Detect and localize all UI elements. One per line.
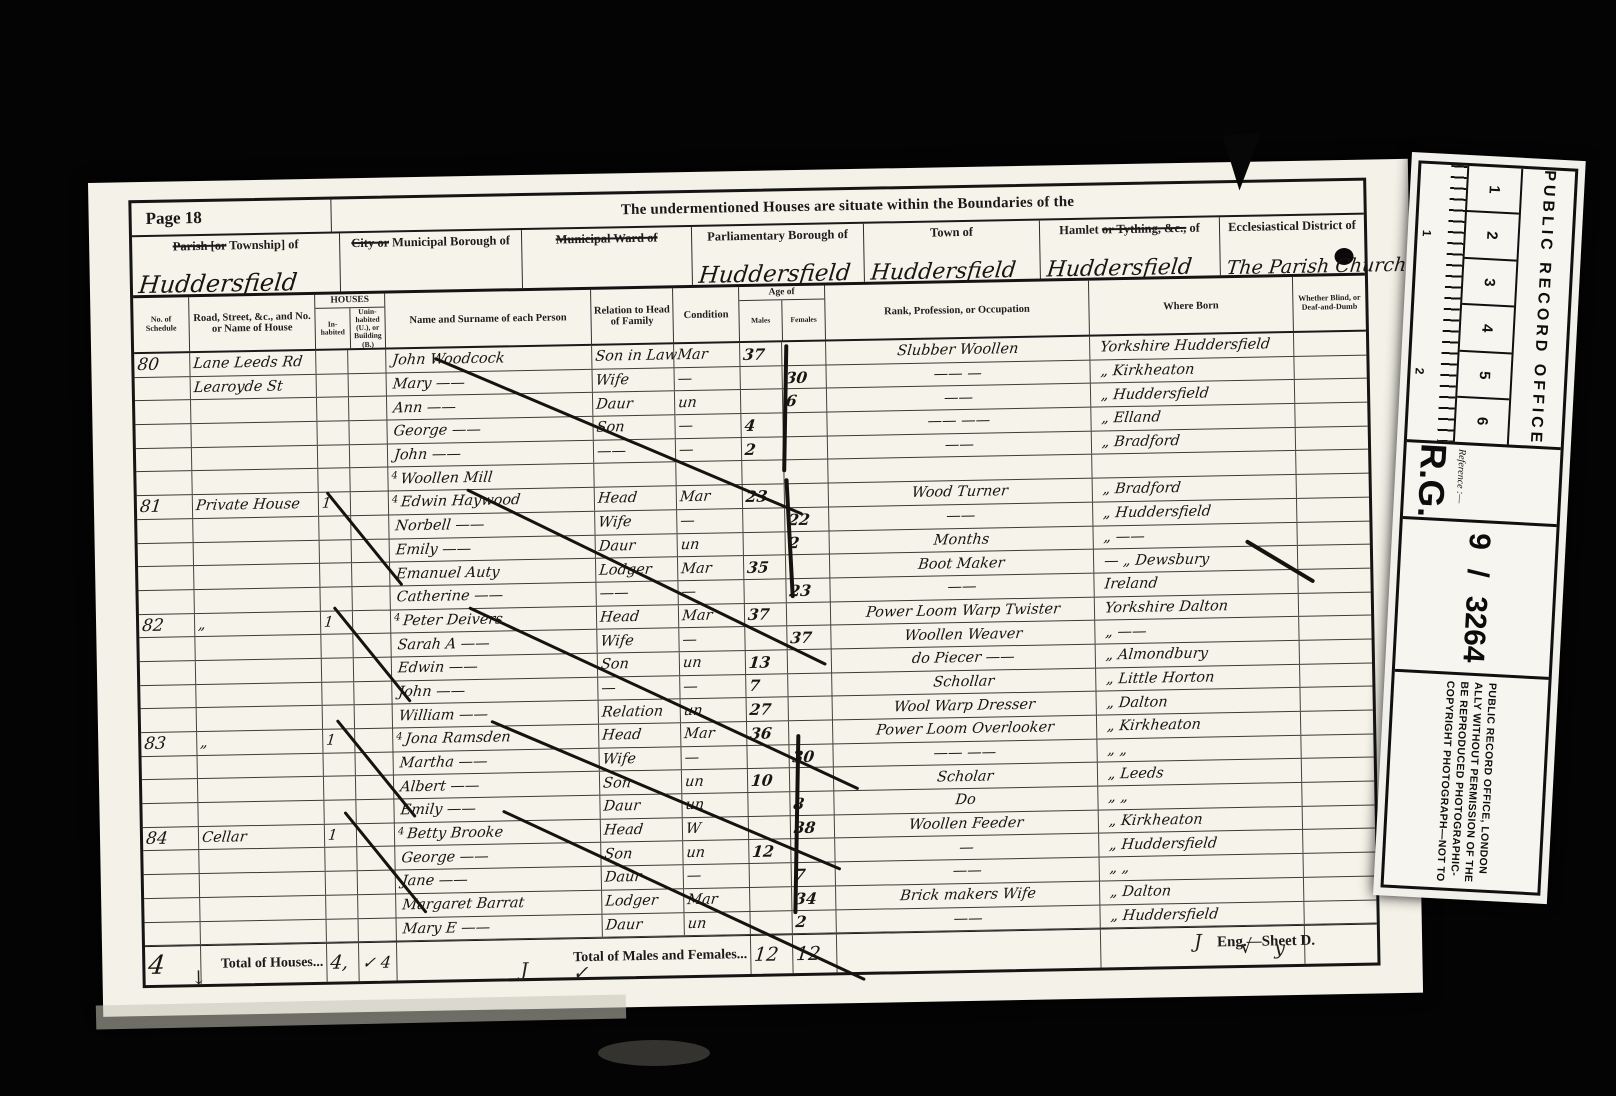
- boundary-parliamentary-value: Huddersfield: [697, 260, 851, 289]
- cell-blind: [1303, 805, 1375, 829]
- cell-road: [200, 896, 326, 921]
- cell-age-females: 37: [787, 626, 831, 649]
- cell-relation: Lodger: [596, 557, 678, 581]
- cell-occupation: Wood Turner: [829, 479, 1093, 507]
- cell-age-males: 12: [749, 840, 791, 863]
- cell-blind: [1295, 403, 1367, 427]
- cell-born: Yorkshire Dalton: [1095, 593, 1299, 619]
- ruler-number: 6: [1455, 398, 1509, 445]
- pro-ruler: 12 123456 PUBLIC RECORD OFFICE: [1407, 164, 1575, 451]
- cell-name: Jane ——: [396, 867, 602, 893]
- cell-born: Yorkshire Huddersfield: [1090, 333, 1294, 359]
- cell-name: John Woodcock: [386, 346, 592, 372]
- cell-inhabited: [320, 587, 352, 610]
- cell-born: „ „: [1098, 783, 1302, 809]
- cell-age-females: [784, 436, 828, 459]
- ruler-number: 2: [1464, 212, 1518, 261]
- cell-condition: —: [679, 627, 745, 651]
- cell-uninhabited: [359, 918, 397, 941]
- header-houses: HOUSES In-habited Unin-habited (U.), or …: [315, 294, 386, 350]
- cell-inhabited: [318, 445, 350, 468]
- boundary-township-value: Huddersfield: [137, 268, 298, 299]
- cell-occupation: ——: [829, 502, 1093, 530]
- cell-occupation: ——: [836, 905, 1100, 933]
- cell-born: „ Bradford: [1092, 428, 1296, 454]
- cell-occupation: Schollar: [832, 668, 1096, 696]
- cell-inhabited: [322, 658, 354, 681]
- cell-age-females: 30: [782, 365, 826, 388]
- sheet-note: Eng.—Sheet D.: [1217, 933, 1315, 952]
- cell-condition: —: [674, 367, 740, 391]
- cell-inhabited: [317, 374, 349, 397]
- stray-mark: J: [1194, 931, 1202, 953]
- census-rows: 80 Lane Leeds Rd John Woodcock Son in La…: [134, 332, 1377, 947]
- cell-schedule: [136, 472, 192, 496]
- cell-born: — „ Dewsbury: [1094, 546, 1298, 572]
- cell-road: [192, 469, 318, 494]
- pro-reference-number: 9 / 3264: [1395, 519, 1557, 679]
- cell-blind: [1296, 450, 1368, 474]
- cell-name: Emily ——: [394, 796, 600, 822]
- cell-road: [192, 446, 318, 471]
- cell-condition: Mar: [674, 343, 740, 367]
- pro-series-section: R.G. Reference :—: [1403, 443, 1561, 528]
- boundary-parliamentary-borough: Parliamentary Borough of Huddersfield: [692, 224, 865, 285]
- cell-born: „ Leeds: [1098, 759, 1302, 785]
- cell-occupation: ——: [828, 431, 1092, 459]
- cell-inhabited: [317, 398, 349, 421]
- boundary-town-value: Huddersfield: [869, 258, 1017, 286]
- header-uninhabited: Unin-habited (U.), or Building (B.): [350, 307, 385, 349]
- cell-road: Cellar: [199, 825, 325, 850]
- cell-age-females: [785, 484, 829, 507]
- cell-road: [195, 635, 321, 660]
- cell-born: [1092, 451, 1296, 477]
- enumerator-tick: 4: [396, 731, 403, 742]
- cell-condition: un: [683, 840, 749, 864]
- cell-occupation: Wool Warp Dresser: [833, 692, 1097, 720]
- cell-schedule: [135, 377, 191, 401]
- cell-age-males: [750, 863, 792, 886]
- cell-blind: [1299, 616, 1371, 640]
- ruler-number: 3: [1462, 259, 1516, 308]
- cell-born: „ ——: [1095, 617, 1299, 643]
- cell-road: [196, 682, 322, 707]
- cell-age-females: 2: [786, 531, 830, 554]
- cell-blind: [1296, 426, 1368, 450]
- boundary-township: Parish [or Township] of Huddersfield: [132, 233, 341, 295]
- totals-blind-blank: [1305, 925, 1378, 964]
- cell-born: „ Kirkheaton: [1097, 712, 1301, 738]
- cell-condition: un: [678, 533, 744, 557]
- cell-born: „ Huddersfield: [1099, 830, 1303, 856]
- cell-occupation: Woollen Feeder: [835, 810, 1099, 838]
- cell-age-males: [742, 461, 784, 484]
- cell-relation: Head: [597, 605, 679, 629]
- cell-uninhabited: [349, 373, 387, 396]
- cell-schedule: 81: [137, 495, 193, 519]
- cell-schedule: [144, 898, 200, 922]
- cell-uninhabited: [350, 444, 388, 467]
- cell-road: [194, 564, 320, 589]
- cell-uninhabited: [349, 421, 387, 444]
- cell-uninhabited: [358, 871, 396, 894]
- cell-occupation: —— ——: [833, 739, 1097, 767]
- cell-age-females: [783, 413, 827, 436]
- cell-occupation: Slubber Woollen: [826, 337, 1090, 365]
- cell-inhabited: [326, 871, 358, 894]
- totals-rank-blank: [837, 930, 1102, 973]
- form-frame: Page 18 The undermentioned Houses are si…: [128, 178, 1380, 989]
- cell-blind: [1294, 355, 1366, 379]
- cell-name: Catherine ——: [390, 583, 596, 609]
- cell-occupation: —— —: [826, 360, 1090, 388]
- boundary-ecclesiastical-value: The Parish Church: [1226, 254, 1408, 279]
- cell-blind: [1297, 521, 1369, 545]
- cell-born: „ Huddersfield: [1091, 380, 1295, 406]
- cell-born: „ Almondbury: [1096, 641, 1300, 667]
- cell-schedule: [138, 566, 194, 590]
- ruler-number: 1: [1467, 166, 1521, 215]
- cell-uninhabited: [355, 705, 393, 728]
- cell-born: „ Huddersfield: [1100, 901, 1304, 927]
- cell-uninhabited: [349, 397, 387, 420]
- cell-inhabited: [320, 563, 352, 586]
- cell-occupation: Boot Maker: [830, 550, 1094, 578]
- cell-blind: [1301, 734, 1373, 758]
- cell-age-males: [748, 792, 790, 815]
- cell-relation: Lodger: [602, 889, 684, 913]
- stray-mark: √: [1240, 936, 1253, 958]
- cell-blind: [1303, 853, 1375, 877]
- cell-born: „ Bradford: [1093, 475, 1297, 501]
- cell-age-females: [782, 342, 826, 365]
- cell-blind: [1299, 592, 1371, 616]
- boundary-hamlet: Hamlet or Tything, &c., of Huddersfield: [1040, 217, 1221, 278]
- cell-schedule: [142, 756, 198, 780]
- enumerator-tick: 4: [394, 613, 401, 624]
- totals-houses-label: Total of Houses...: [201, 944, 328, 984]
- cell-age-females: 2: [792, 910, 836, 933]
- boundary-municipal-ward: Municipal Ward of: [522, 227, 693, 288]
- cell-age-females: [789, 697, 833, 720]
- cell-occupation: Power Loom Warp Twister: [831, 597, 1095, 625]
- cell-name: Albert ——: [394, 772, 600, 798]
- cell-inhabited: [323, 753, 355, 776]
- cell-age-females: 6: [783, 389, 827, 412]
- cell-road: [199, 848, 325, 873]
- cell-condition: —: [677, 509, 743, 533]
- cell-inhabited: [325, 848, 357, 871]
- totals-females: 12: [793, 935, 838, 974]
- cell-road: [198, 777, 324, 802]
- cell-age-males: [743, 508, 785, 531]
- cell-age-females: [788, 673, 832, 696]
- cell-relation: [594, 463, 676, 487]
- cell-condition: —: [684, 864, 750, 888]
- ruler-inch-number: 2: [1412, 367, 1426, 374]
- pro-strip-frame: 12 123456 PUBLIC RECORD OFFICE R.G. Refe…: [1380, 160, 1578, 895]
- cell-road: „: [195, 611, 321, 636]
- cell-condition: —: [678, 580, 744, 604]
- cell-road: [200, 872, 326, 897]
- cell-schedule: [142, 803, 198, 827]
- cell-schedule: 83: [141, 732, 197, 756]
- stray-mark: y: [1274, 937, 1285, 959]
- cell-occupation: Woollen Weaver: [831, 621, 1095, 649]
- cell-born: „ Huddersfield: [1093, 499, 1297, 525]
- cell-occupation: Months: [830, 526, 1094, 554]
- cell-condition: Mar: [678, 556, 744, 580]
- cell-born: „ Kirkheaton: [1090, 357, 1294, 383]
- cell-road: Learoyde St: [191, 375, 317, 400]
- cell-uninhabited: [348, 350, 386, 373]
- header-condition: Condition: [673, 287, 740, 343]
- ruler-number: 5: [1457, 351, 1511, 400]
- header-females: Females: [782, 299, 825, 341]
- cell-condition: —: [675, 414, 741, 438]
- cell-age-females: [787, 602, 831, 625]
- cell-road: [191, 422, 317, 447]
- cell-road: [198, 801, 324, 826]
- cell-road: [201, 919, 327, 944]
- cell-occupation: ——: [830, 573, 1094, 601]
- cell-inhabited: [320, 540, 352, 563]
- cell-blind: [1297, 497, 1369, 521]
- cell-uninhabited: [354, 681, 392, 704]
- cell-occupation: —— ——: [827, 408, 1091, 436]
- cell-name: Margaret Barrat: [396, 891, 602, 917]
- cell-uninhabited: [358, 894, 396, 917]
- header-inhabited: In-habited: [315, 308, 351, 350]
- cell-condition: Mar: [677, 485, 743, 509]
- cell-name: Edwin ——: [392, 654, 598, 680]
- cell-age-males: 7: [746, 674, 788, 697]
- cell-inhabited: [327, 919, 359, 942]
- cell-condition: —: [681, 746, 747, 770]
- enumerator-tick: 4: [392, 494, 399, 505]
- cell-occupation: Brick makers Wife: [836, 881, 1100, 909]
- cell-born: „ „: [1097, 736, 1301, 762]
- cell-born: „ Dalton: [1100, 878, 1304, 904]
- cell-road: [194, 540, 320, 565]
- cell-relation: Daur: [593, 392, 675, 416]
- cell-inhabited: [326, 895, 358, 918]
- cell-occupation: ——: [827, 384, 1091, 412]
- ruler-number: 4: [1460, 305, 1514, 354]
- cell-blind: [1300, 663, 1372, 687]
- cell-age-males: 13: [746, 650, 788, 673]
- cell-relation: Wife: [593, 368, 675, 392]
- cell-condition: —: [676, 438, 742, 462]
- cell-inhabited: 1: [325, 824, 357, 847]
- cell-schedule: [143, 851, 199, 875]
- cell-name: Norbell ——: [389, 512, 595, 538]
- cell-occupation: Power Loom Overlooker: [833, 716, 1097, 744]
- cell-condition: un: [682, 769, 748, 793]
- cell-inhabited: [317, 421, 349, 444]
- cell-name: Ann ——: [387, 393, 593, 419]
- header-rank: Rank, Profession, or Occupation: [825, 281, 1090, 341]
- cell-relation: Son in Law: [592, 344, 674, 368]
- cell-age-males: 4: [741, 413, 783, 436]
- cell-born: „ ——: [1093, 522, 1297, 548]
- census-sheet: Page 18 The undermentioned Houses are si…: [88, 159, 1423, 1017]
- cell-occupation: Do: [834, 787, 1098, 815]
- cell-road: [197, 706, 323, 731]
- header-road: Road, Street, &c., and No. or Name of Ho…: [189, 295, 316, 352]
- cell-uninhabited: [352, 586, 390, 609]
- stray-mark: ↓: [190, 967, 206, 989]
- enumerator-tick: 4: [398, 826, 405, 837]
- cell-age-males: [744, 579, 786, 602]
- stray-mark: ✓: [572, 962, 588, 984]
- cell-schedule: 84: [143, 827, 199, 851]
- cell-condition: un: [680, 651, 746, 675]
- cell-age-males: 27: [747, 698, 789, 721]
- cell-occupation: —: [835, 834, 1099, 862]
- cell-age-males: 37: [745, 603, 787, 626]
- cell-schedule: [138, 543, 194, 567]
- page-number: Page 18: [131, 200, 332, 236]
- cell-uninhabited: [351, 492, 389, 515]
- cell-name: 4Jona Ramsden: [393, 725, 599, 751]
- totals-houses-value: 4,: [327, 943, 360, 982]
- cell-road: [191, 398, 317, 423]
- copyright-notice: COPYRIGHT PHOTOGRAPH—NOT TOBE REPRODUCED…: [1384, 672, 1549, 893]
- enumerator-tick: 4: [391, 471, 398, 482]
- cell-schedule: [139, 637, 195, 661]
- cell-schedule: [135, 401, 191, 425]
- boundary-municipal-borough: City or Municipal Borough of: [340, 230, 523, 291]
- cell-age-females: [788, 649, 832, 672]
- page-fold-corner: [1223, 132, 1267, 191]
- reference-slash: /: [1460, 568, 1494, 578]
- cell-uninhabited: [350, 468, 388, 491]
- cell-name: John ——: [388, 441, 594, 467]
- stray-mark: J: [520, 959, 528, 981]
- scan-background: Page 18 The undermentioned Houses are si…: [0, 0, 1616, 1096]
- cell-name: Mary E ——: [397, 914, 603, 940]
- cell-age-females: 34: [792, 886, 836, 909]
- cell-blind: [1301, 711, 1373, 735]
- boundary-ecclesiastical: Ecclesiastical District of The Parish Ch…: [1220, 215, 1365, 276]
- cell-age-males: 37: [740, 342, 782, 365]
- cell-schedule: [140, 661, 196, 685]
- cell-occupation: ——: [836, 858, 1100, 886]
- cell-name: George ——: [387, 417, 593, 443]
- cell-blind: [1295, 379, 1367, 403]
- cell-road: [194, 588, 320, 613]
- cell-age-males: 35: [744, 555, 786, 578]
- cell-road: Lane Leeds Rd: [190, 351, 316, 376]
- cell-blind: [1300, 687, 1372, 711]
- cell-uninhabited: [356, 776, 394, 799]
- cell-born: „ Elland: [1091, 404, 1295, 430]
- cell-blind: [1294, 332, 1366, 356]
- cell-age-males: 10: [748, 769, 790, 792]
- cell-blind: [1302, 782, 1374, 806]
- cell-blind: [1304, 900, 1376, 924]
- series-label: R.G.: [1403, 443, 1455, 519]
- cell-relation: Wife: [597, 628, 679, 652]
- boundary-town: Town of Huddersfield: [864, 221, 1041, 282]
- header-name: Name and Surname of each Person: [385, 290, 592, 349]
- cell-schedule: [145, 922, 201, 946]
- cell-schedule: [142, 779, 198, 803]
- cell-born: Ireland: [1094, 570, 1298, 596]
- cell-road: „: [197, 730, 323, 755]
- cell-blind: [1298, 545, 1370, 569]
- cell-inhabited: [324, 777, 356, 800]
- cell-schedule: [136, 448, 192, 472]
- cell-condition: W: [683, 817, 749, 841]
- cell-uninhabited: [353, 610, 391, 633]
- cell-relation: Head: [599, 723, 681, 747]
- cell-age-males: [749, 816, 791, 839]
- cell-born: „ Kirkheaton: [1099, 807, 1303, 833]
- cell-blind: [1302, 758, 1374, 782]
- cell-relation: Head: [601, 818, 683, 842]
- ruler-inch-number: 1: [1420, 229, 1434, 236]
- cell-schedule: [138, 590, 194, 614]
- cell-condition: —: [680, 675, 746, 699]
- totals-houses-extra: ✓ 4: [359, 943, 398, 982]
- cell-name: Emanuel Auty: [390, 559, 596, 585]
- header-blind: Whether Blind, or Deaf-and-Dumb: [1293, 276, 1366, 332]
- cell-relation: Relation: [599, 700, 681, 724]
- cell-relation: Head: [595, 486, 677, 510]
- cell-age-males: [741, 390, 783, 413]
- cell-age-females: [784, 460, 828, 483]
- cell-schedule: 82: [139, 614, 195, 638]
- cell-occupation: do Piecer ——: [832, 645, 1096, 673]
- cell-condition: un: [675, 390, 741, 414]
- cell-relation: Daur: [602, 913, 684, 937]
- cell-relation: Daur: [596, 534, 678, 558]
- cell-born: „ „: [1100, 854, 1304, 880]
- cell-road: [193, 517, 319, 542]
- scan-smudge: [598, 1040, 710, 1066]
- reference-label: Reference :—: [1451, 445, 1470, 520]
- cell-blind: [1303, 829, 1375, 853]
- cell-inhabited: [322, 682, 354, 705]
- cell-road: Private House: [193, 493, 319, 518]
- header-age: Age of Males Females: [739, 286, 826, 342]
- cell-occupation: Scholar: [834, 763, 1098, 791]
- cell-name: John ——: [392, 677, 598, 703]
- header-relation: Relation to Head of Family: [591, 288, 674, 344]
- cell-uninhabited: [356, 800, 394, 823]
- cell-born: „ Little Horton: [1096, 664, 1300, 690]
- cell-schedule: [140, 685, 196, 709]
- cell-blind: [1297, 474, 1369, 498]
- cell-name: George ——: [395, 843, 601, 869]
- ruler-inch-numbers: 12: [1409, 164, 1437, 441]
- cell-relation: Wife: [595, 510, 677, 534]
- cell-schedule: [135, 424, 191, 448]
- cell-age-males: [744, 532, 786, 555]
- cell-schedule: [141, 708, 197, 732]
- cell-road: [198, 753, 324, 778]
- cell-inhabited: 1: [323, 729, 355, 752]
- boundary-hamlet-value: Huddersfield: [1045, 255, 1193, 283]
- cell-blind: [1304, 876, 1376, 900]
- cell-blind: [1300, 639, 1372, 663]
- cell-age-males: [740, 366, 782, 389]
- cell-relation: Wife: [599, 747, 681, 771]
- cell-schedule: 80: [134, 353, 190, 377]
